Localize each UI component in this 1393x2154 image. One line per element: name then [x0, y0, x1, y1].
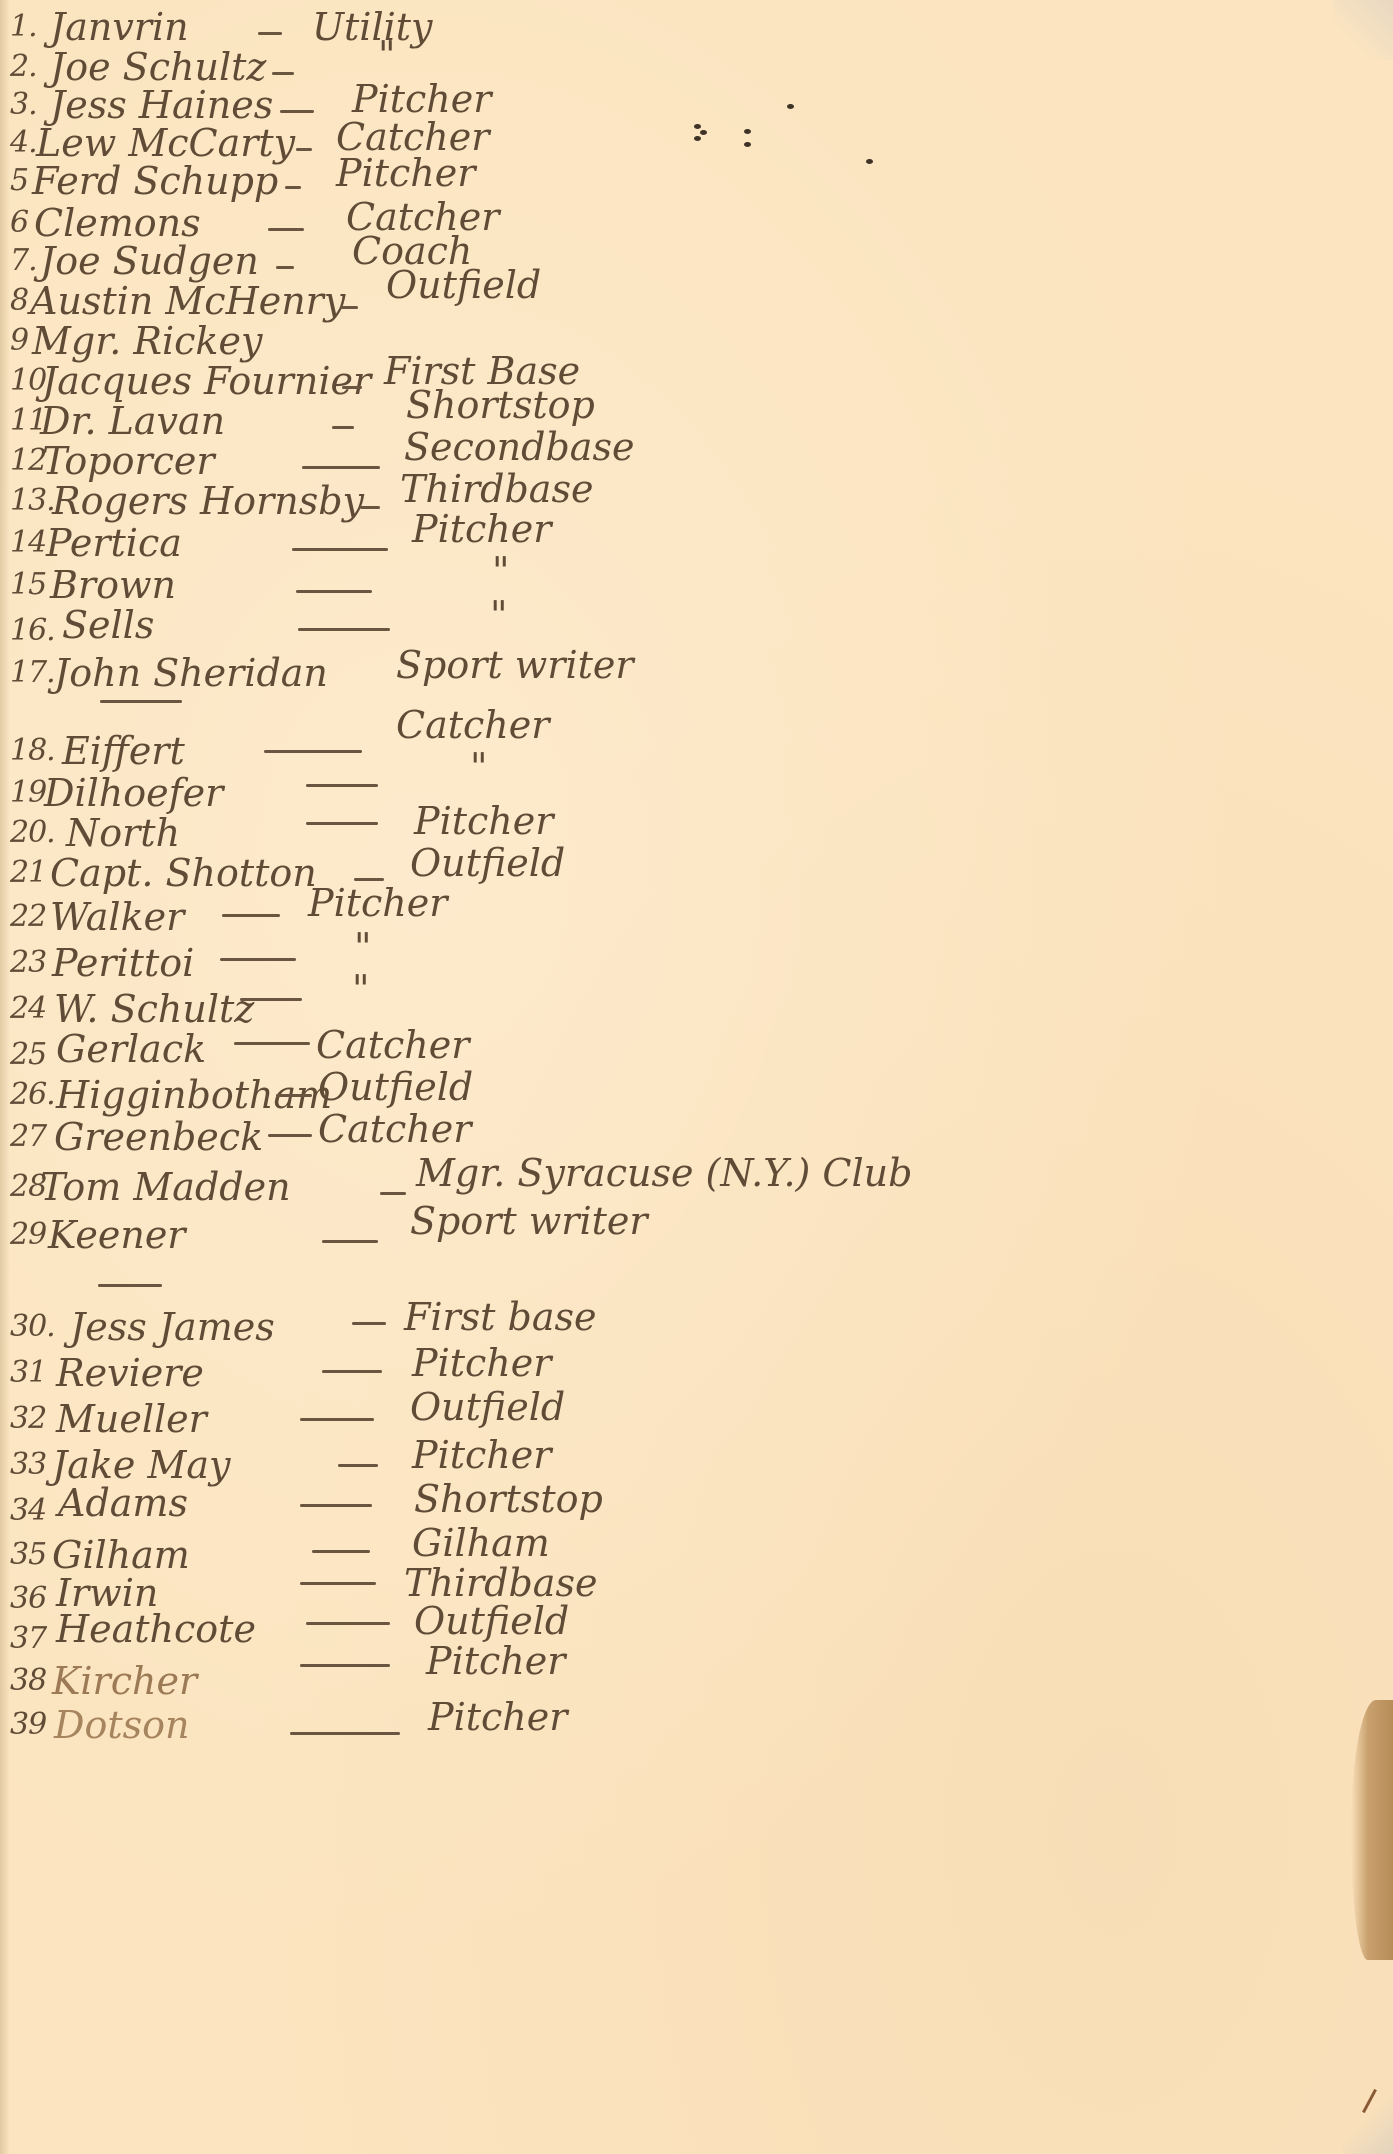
entry-role: Pitcher [308, 878, 447, 928]
dash [285, 186, 301, 189]
dash [322, 1370, 382, 1373]
entry-name: Perittoi [52, 938, 194, 988]
dash [352, 1322, 386, 1325]
entry-number: 38 [10, 1656, 46, 1706]
dash [360, 506, 380, 509]
entry-role: Outfield [386, 260, 541, 310]
entry-role: Pitcher [336, 148, 475, 198]
dash [306, 822, 378, 825]
underline-mark [98, 1284, 162, 1287]
underline-mark [100, 700, 182, 703]
dash [342, 386, 362, 389]
roster-entry: 29 Keener Sport writer [0, 1210, 1300, 1260]
entry-role: Pitcher [412, 1338, 551, 1388]
entry-role: " [492, 546, 509, 596]
dash [296, 148, 312, 151]
roster-entry: 39 Dotson Pitcher [0, 1700, 1300, 1750]
dash [300, 1582, 376, 1585]
entry-number: 31 [10, 1348, 46, 1398]
entry-role: Pitcher [428, 1692, 567, 1742]
dash [268, 228, 304, 231]
entry-name: Capt. Shotton [50, 848, 317, 898]
entry-role: Pitcher [426, 1636, 565, 1686]
roster-entry: 38 Kircher Pitcher [0, 1656, 1300, 1706]
dash [306, 784, 378, 787]
dash [332, 426, 354, 429]
entry-role: " [378, 30, 395, 80]
entry-number: 21 [10, 848, 46, 898]
entry-name: Jess James [70, 1302, 275, 1352]
dash [380, 1192, 406, 1195]
entry-role: Pitcher [412, 1430, 551, 1480]
entry-number: 33 [10, 1440, 46, 1490]
entry-name: Walker [50, 892, 184, 942]
dash [290, 1732, 400, 1735]
dash [306, 1622, 390, 1625]
entry-role: Sport writer [396, 640, 634, 690]
dash [240, 998, 302, 1001]
dash [312, 1550, 370, 1553]
dash [268, 1134, 312, 1137]
roster-entry: 17. John Sheridan Sport writer [0, 648, 1300, 698]
water-stain-right-edge [1351, 1700, 1393, 1960]
torn-corner-top-right [1333, 0, 1393, 60]
entry-role: Pitcher [412, 504, 551, 554]
roster-entry: 30. Jess James First base [0, 1302, 1300, 1352]
entry-number: 39 [10, 1700, 46, 1750]
roster-entry: 22 Walker Pitcher [0, 892, 1300, 942]
entry-name: Greenbeck [54, 1112, 263, 1162]
dash [264, 750, 362, 753]
dash [276, 266, 294, 269]
entry-name: Keener [48, 1210, 185, 1260]
entry-number: 29 [10, 1210, 46, 1260]
dash [322, 1240, 378, 1243]
entry-name: Heathcote [56, 1604, 256, 1654]
entry-number: 35 [10, 1530, 46, 1580]
entry-role: Mgr. Syracuse (N.Y.) Club [416, 1148, 912, 1198]
entry-name: Kircher [52, 1656, 197, 1706]
roster-entry: 28 Tom Madden Mgr. Syracuse (N.Y.) Club [0, 1162, 1300, 1212]
entry-name: Dotson [54, 1700, 189, 1750]
roster-entry: 31 Reviere Pitcher [0, 1348, 1300, 1398]
dash [300, 1504, 372, 1507]
entry-number: 27 [10, 1112, 46, 1162]
entry-role: Catcher [318, 1104, 471, 1154]
entry-role: First base [404, 1292, 597, 1342]
entry-number: 34 [10, 1486, 46, 1536]
entry-role: " [490, 590, 507, 640]
dash [300, 1418, 374, 1421]
roster-entry: 32 Mueller Outfield [0, 1394, 1300, 1444]
entry-name: Gerlack [56, 1024, 206, 1074]
dash [276, 1094, 312, 1097]
roster-entry: 15 Brown " [0, 560, 1300, 610]
entry-role: " [470, 742, 487, 792]
entry-number: 17. [10, 648, 55, 698]
dash [220, 958, 296, 961]
entry-role: " [352, 964, 369, 1014]
entry-role: Outfield [410, 1382, 565, 1432]
roster-entry: 33 Jake May Pitcher [0, 1440, 1300, 1490]
dash [340, 306, 358, 309]
entry-number: 15 [10, 560, 46, 610]
dash [272, 72, 294, 75]
entry-name: Sells [62, 600, 154, 650]
entry-name: Mueller [56, 1394, 207, 1444]
entry-name: Reviere [56, 1348, 204, 1398]
entry-number: 30. [10, 1302, 55, 1352]
entry-name: John Sheridan [54, 648, 328, 698]
entry-role: Shortstop [414, 1474, 603, 1524]
dash [280, 110, 314, 113]
entry-name: Tom Madden [40, 1162, 291, 1212]
entry-number: 22 [10, 892, 46, 942]
dash [222, 914, 280, 917]
paper-page: 1. Janvrin Utility 2. Joe Schultz " 3. J… [0, 0, 1393, 2154]
roster-entry: 35 Gilham Gilham [0, 1530, 1300, 1580]
entry-number: 32 [10, 1394, 46, 1444]
dash [300, 1664, 390, 1667]
entry-number: 23 [10, 938, 46, 988]
dash [296, 590, 372, 593]
entry-name: Adams [58, 1478, 188, 1528]
dash [298, 628, 390, 631]
entry-number: 24 [10, 984, 46, 1034]
dash [302, 466, 380, 469]
roster-entry: 21 Capt. Shotton Outfield [0, 848, 1300, 898]
dash [292, 548, 388, 551]
dash [234, 1042, 310, 1045]
dash [258, 32, 282, 35]
roster-entry: 34 Adams Shortstop [0, 1486, 1300, 1536]
dash [338, 1464, 378, 1467]
entry-role: Sport writer [410, 1196, 648, 1246]
roster-entry: 23 Perittoi " [0, 938, 1300, 988]
